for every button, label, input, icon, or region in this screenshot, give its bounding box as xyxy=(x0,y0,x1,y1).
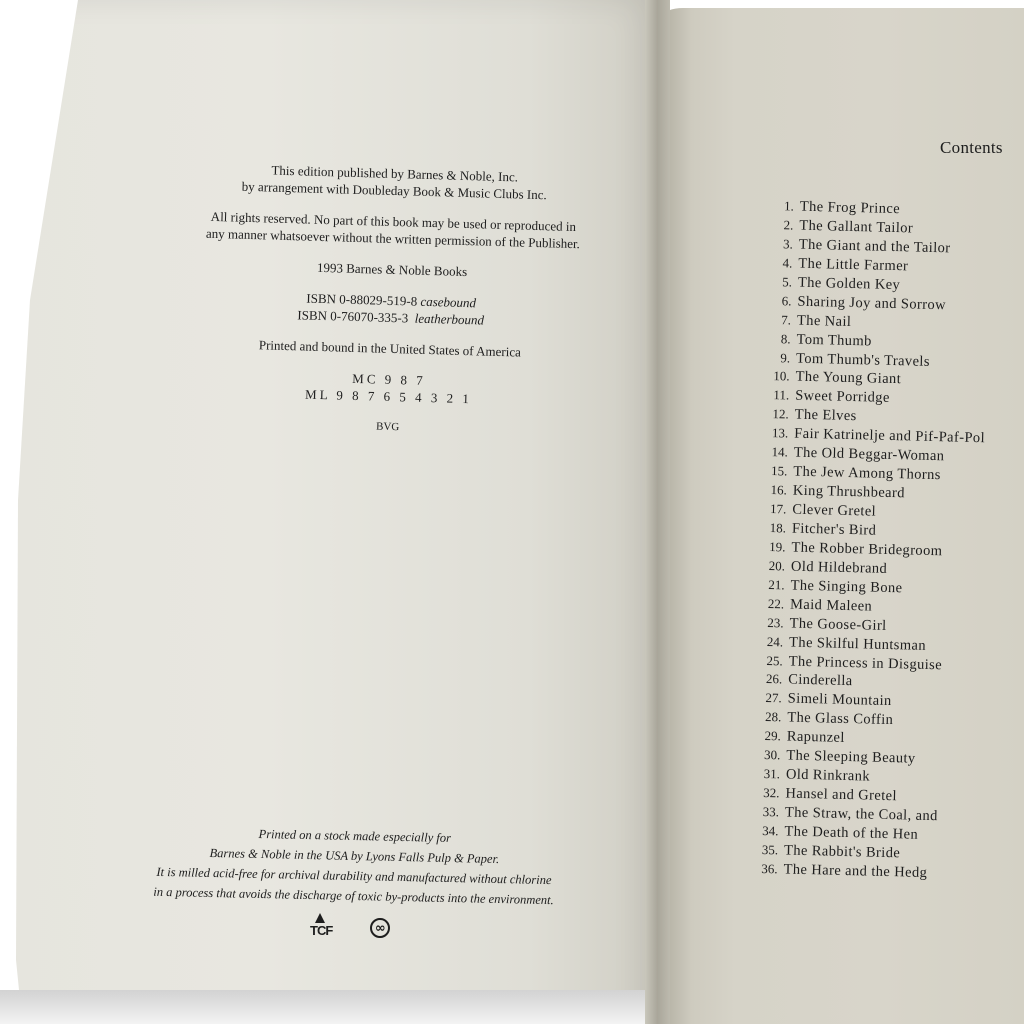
page-shadow xyxy=(0,990,660,1024)
contents-heading: Contents xyxy=(940,138,1003,158)
printing-codes: MC 9 8 7 ML 9 8 7 6 5 4 3 2 1 xyxy=(168,365,609,411)
rights-statement: All rights reserved. No part of this boo… xyxy=(173,207,614,253)
printed-statement: Printed and bound in the United States o… xyxy=(170,334,610,363)
copyright-block: This edition published by Barnes & Noble… xyxy=(167,159,615,456)
logo-row: TCF ∞ xyxy=(310,918,390,938)
acid-free-infinity-icon: ∞ xyxy=(370,918,390,938)
table-of-contents: 1.The Frog Prince 2.The Gallant Tailor 3… xyxy=(755,198,1024,886)
paper-stock-note: Printed on a stock made especially for B… xyxy=(128,821,580,910)
printer-code: BVG xyxy=(168,413,608,442)
tcf-logo-icon: TCF xyxy=(310,923,332,938)
isbn-list: ISBN 0-88029-519-8 casebound ISBN 0-7607… xyxy=(171,286,612,332)
publication-year: 1993 Barnes & Noble Books xyxy=(172,255,612,284)
book-gutter xyxy=(645,0,670,1024)
